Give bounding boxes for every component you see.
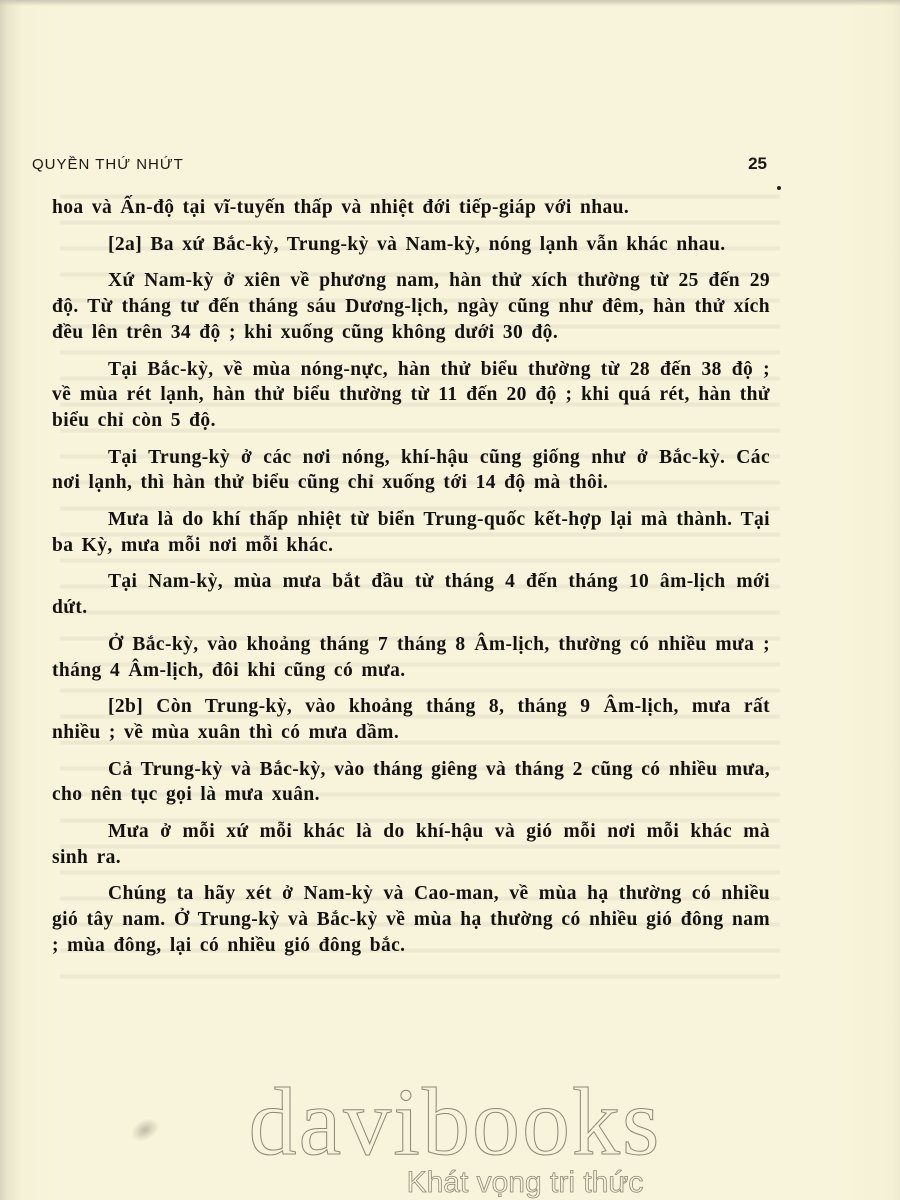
- watermark-tagline: Khát vọng tri thức: [150, 1166, 900, 1200]
- page-number: 25: [748, 154, 767, 174]
- paragraph: [2b] Còn Trung-kỳ, vào khoảng tháng 8, t…: [52, 694, 770, 745]
- paragraph: hoa và Ấn-độ tại vĩ-tuyến thấp và nhiệt …: [52, 195, 770, 221]
- running-header-title: QUYỀN THỨ NHỨT: [32, 156, 184, 173]
- paragraph: Chúng ta hãy xét ở Nam-kỳ và Cao-man, về…: [52, 881, 770, 958]
- book-page: QUYỀN THỨ NHỨT 25 hoa và Ấn-độ tại vĩ-tu…: [0, 0, 900, 1200]
- paragraph: Xứ Nam-kỳ ở xiên về phương nam, hàn thử …: [52, 268, 770, 345]
- running-header: QUYỀN THỨ NHỨT 25: [32, 154, 767, 174]
- paragraph: [2a] Ba xứ Bắc-kỳ, Trung-kỳ và Nam-kỳ, n…: [52, 232, 770, 258]
- body-text: hoa và Ấn-độ tại vĩ-tuyến thấp và nhiệt …: [52, 195, 770, 970]
- paragraph: Ở Bắc-kỳ, vào khoảng tháng 7 tháng 8 Âm-…: [52, 632, 770, 683]
- paragraph: Tại Trung-kỳ ở các nơi nóng, khí-hậu cũn…: [52, 445, 770, 496]
- paragraph: Mưa là do khí thấp nhiệt từ biển Trung-q…: [52, 507, 770, 558]
- ink-speck: [777, 186, 781, 190]
- page-top-shadow: [0, 0, 900, 6]
- paragraph: Mưa ở mỗi xứ mỗi khác là do khí-hậu và g…: [52, 819, 770, 870]
- paragraph: Cả Trung-kỳ và Bắc-kỳ, vào tháng giêng v…: [52, 757, 770, 808]
- paragraph: Tại Nam-kỳ, mùa mưa bắt đầu từ tháng 4 đ…: [52, 569, 770, 620]
- paragraph: Tại Bắc-kỳ, về mùa nóng-nực, hàn thử biể…: [52, 357, 770, 434]
- page-smudge: [127, 1114, 163, 1146]
